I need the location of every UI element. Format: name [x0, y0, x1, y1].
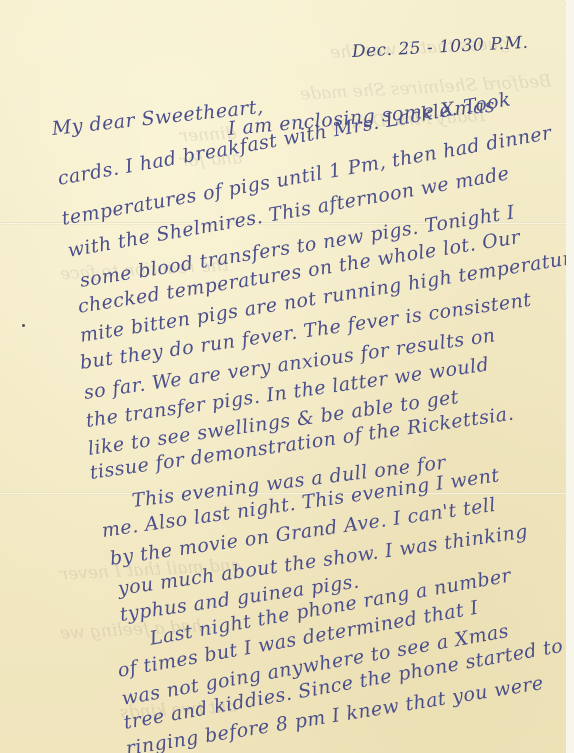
ink-spot — [22, 324, 25, 327]
scan-edge — [566, 0, 574, 753]
letter-page: I guess that it was the Bedford Shelmire… — [0, 0, 566, 753]
letter-date: Dec. 25 - 1030 P.M. — [351, 33, 528, 62]
